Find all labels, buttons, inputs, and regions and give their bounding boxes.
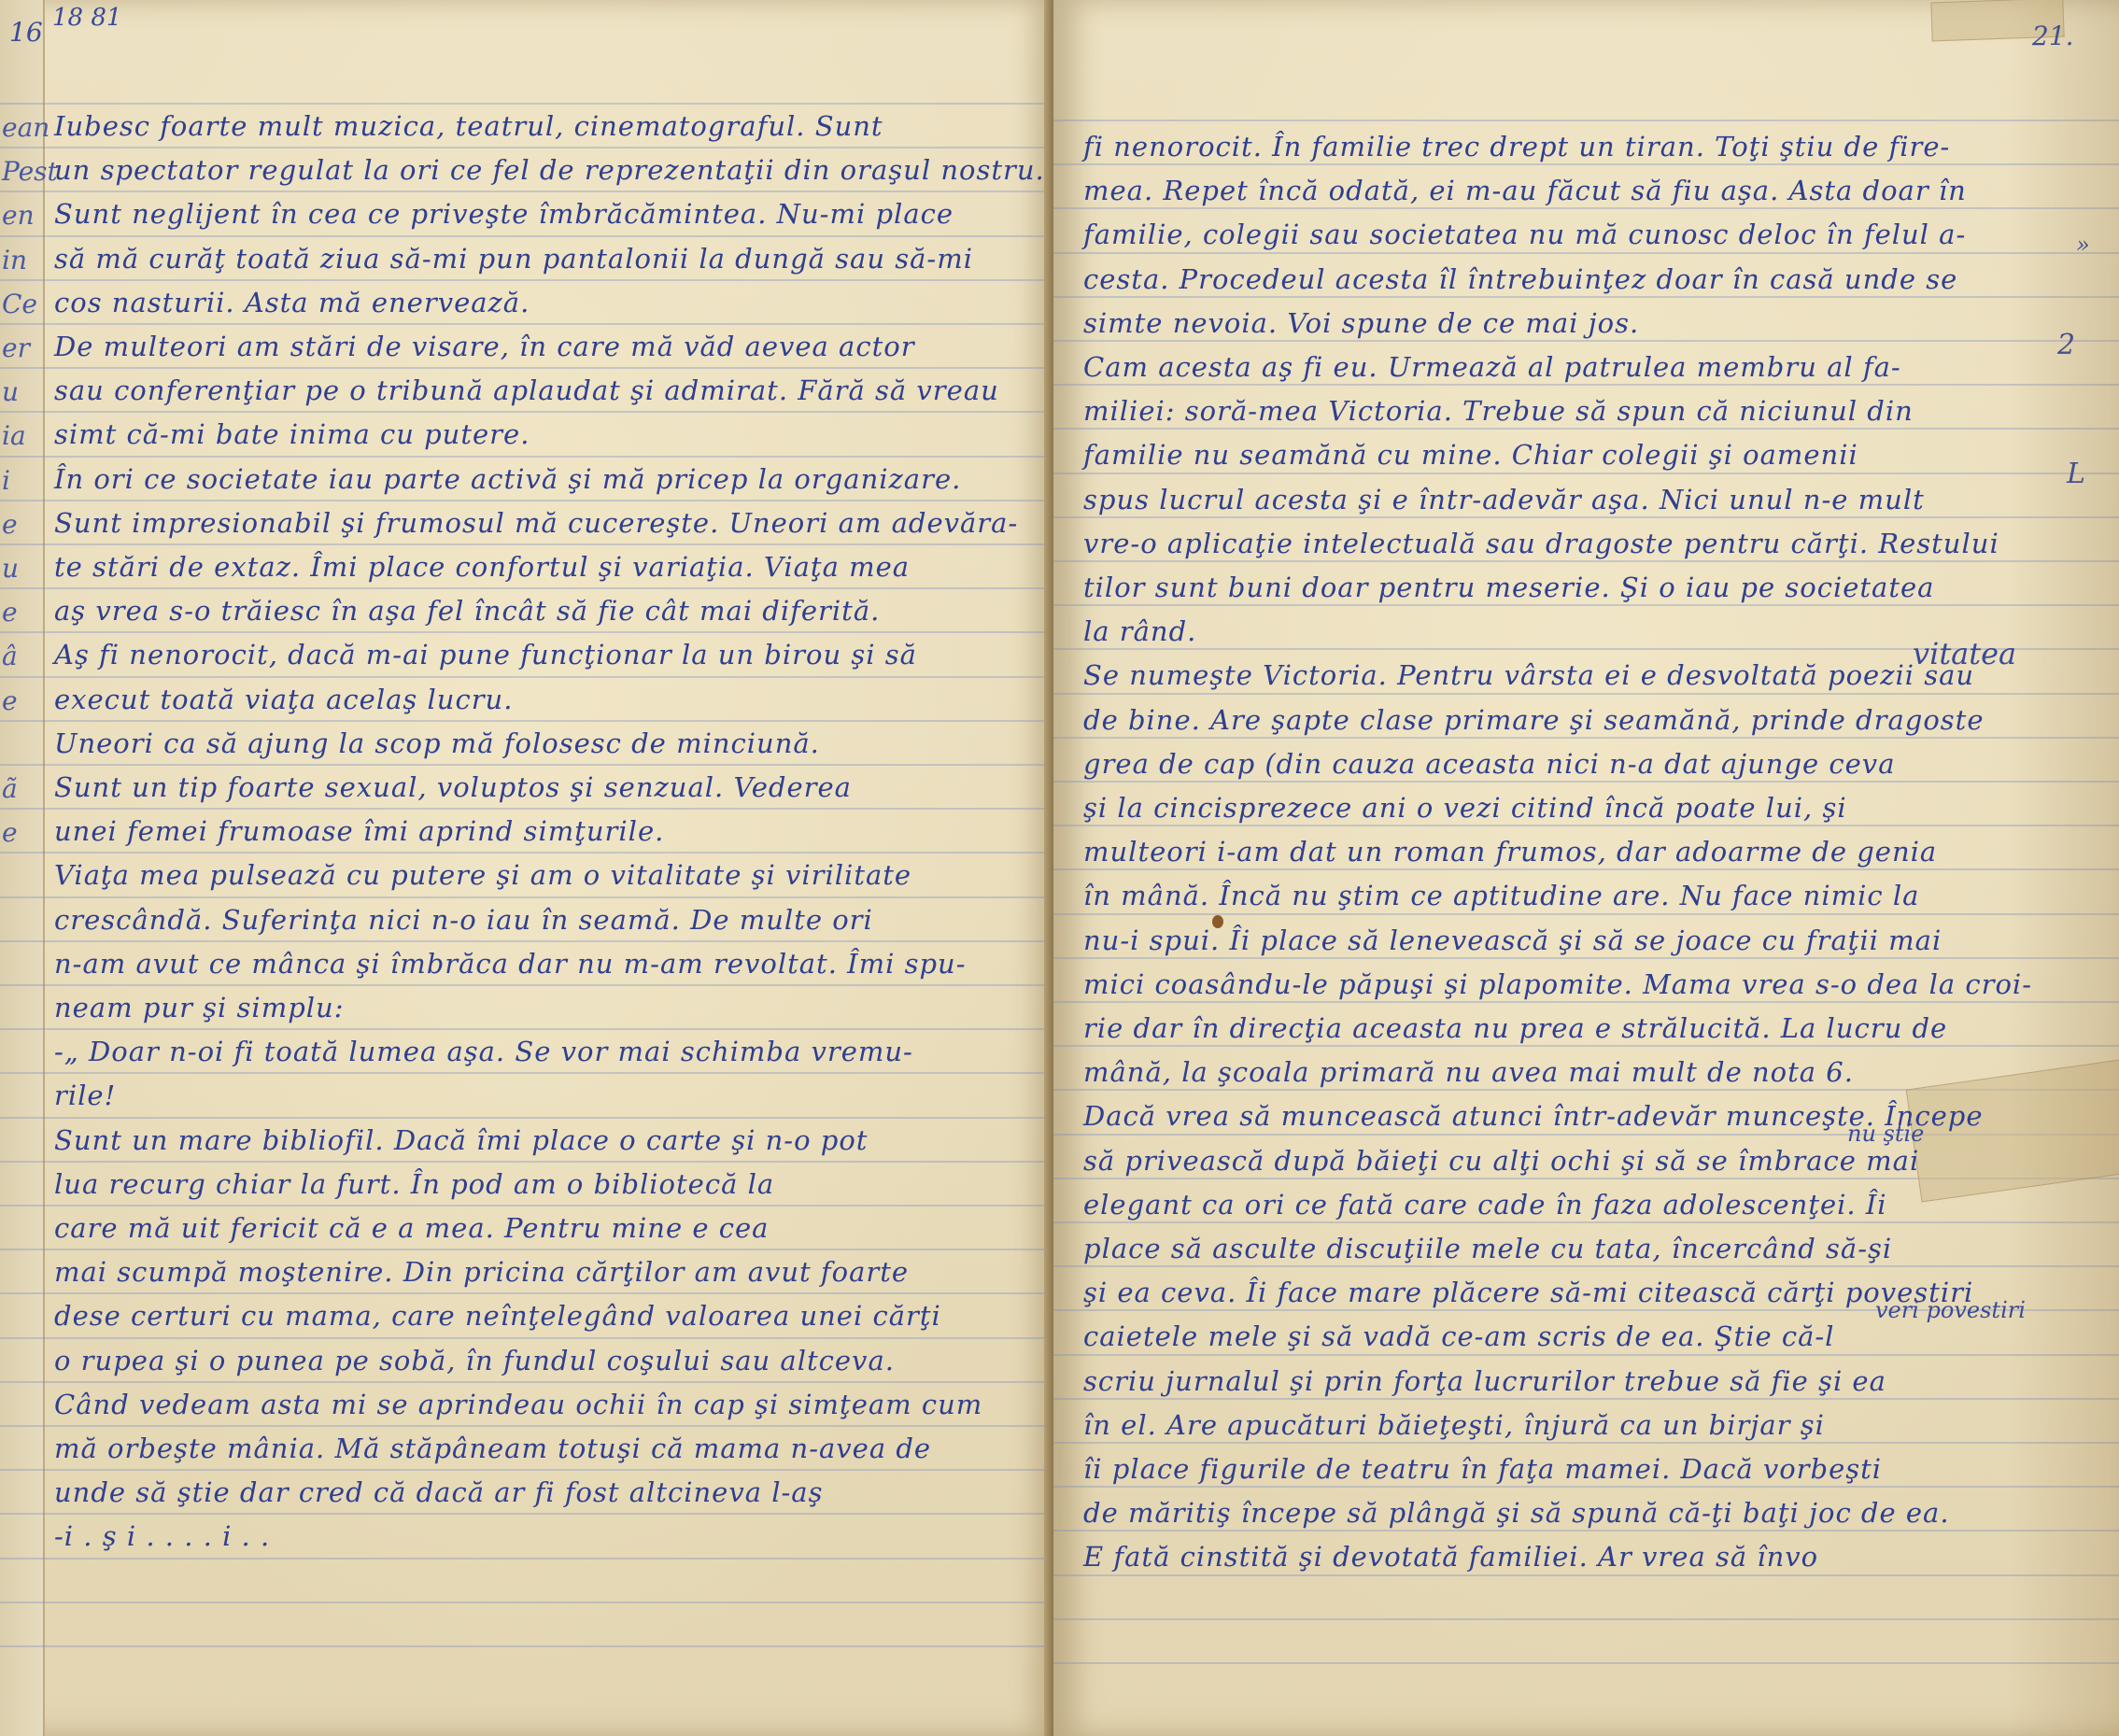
handwritten-line: cos nasturii. Asta mă enervează. <box>54 287 530 318</box>
margin-fragment: Ce <box>2 289 37 319</box>
handwritten-line: Sunt un mare bibliofil. Dacă îmi place o… <box>54 1124 868 1156</box>
ruled-line <box>0 1161 1053 1163</box>
notebook-spread: 16 18 81 eanPesteninCeeruiaieueâeãe Iube… <box>0 0 2119 1736</box>
ruled-line <box>1053 1530 2119 1531</box>
margin-fragment: u <box>2 553 19 584</box>
ruled-line <box>1053 1265 2119 1267</box>
handwritten-line: Sunt un tip foarte sexual, voluptos şi s… <box>54 771 852 803</box>
margin-fragment: e <box>2 597 18 628</box>
handwritten-line: De multeori am stări de visare, în care … <box>54 331 915 362</box>
ruled-line <box>1053 1574 2119 1576</box>
handwritten-line: Când vedeam asta mi se aprindeau ochii î… <box>54 1389 982 1420</box>
left-page: 16 18 81 eanPesteninCeeruiaieueâeãe Iube… <box>0 0 1053 1736</box>
ruled-line <box>0 323 1053 325</box>
ruled-line <box>0 1558 1053 1560</box>
ruled-line <box>0 676 1053 678</box>
margin-fragment: Pest <box>2 156 58 187</box>
ruled-line <box>1053 340 2119 342</box>
ruled-line <box>0 235 1053 237</box>
ruled-line <box>1053 1486 2119 1488</box>
handwritten-line: îi place figurile de teatru în faţa mame… <box>1083 1453 1882 1485</box>
ruled-line <box>0 1337 1053 1339</box>
ruled-line <box>0 587 1053 589</box>
ruled-line <box>0 1292 1053 1294</box>
handwritten-line: simt că-mi bate inima cu putere. <box>54 418 530 450</box>
ruled-line <box>0 279 1053 281</box>
margin-mark: 2 <box>2057 329 2075 361</box>
handwritten-line: -i . ş i . . . . i . . <box>54 1520 270 1552</box>
handwritten-line: mai scumpă moştenire. Din pricina cărţil… <box>54 1256 909 1288</box>
handwritten-line: lua recurg chiar la furt. În pod am o bi… <box>54 1168 774 1200</box>
handwritten-line: care mă uit fericit că e a mea. Pentru m… <box>54 1212 769 1244</box>
ruled-line <box>0 984 1053 986</box>
handwritten-line: multeori i-am dat un roman frumos, dar a… <box>1083 836 1937 868</box>
right-page: 21. » 2 L fi nenorocit. În familie trec … <box>1053 0 2119 1736</box>
ruled-line <box>1053 825 2119 826</box>
handwritten-line: fi nenorocit. În familie trec drept un t… <box>1083 131 1950 162</box>
ruled-line <box>1053 560 2119 562</box>
ruled-line <box>1053 957 2119 959</box>
handwritten-line: E fată cinstită şi devotată familiei. Ar… <box>1083 1541 1818 1573</box>
ruled-line <box>0 411 1053 413</box>
ruled-line <box>1053 384 2119 386</box>
handwritten-line: Sunt neglijent în cea ce priveşte îmbrăc… <box>54 198 954 230</box>
page-number-left: 16 <box>9 17 43 48</box>
handwritten-line: unei femei frumoase îmi aprind simţurile… <box>54 815 664 847</box>
ruled-line <box>0 1381 1053 1383</box>
margin-mark: L <box>2067 458 2085 490</box>
torn-edge-top <box>1930 0 2064 41</box>
ruled-line <box>1053 296 2119 298</box>
margin-fragment: er <box>2 332 30 363</box>
ruled-line <box>0 1425 1053 1427</box>
ruled-line <box>1053 1045 2119 1047</box>
handwritten-line: în el. Are apucături băieţeşti, înjură c… <box>1083 1409 1825 1441</box>
handwritten-line: rie dar în direcţia aceasta nu prea e st… <box>1083 1012 1947 1044</box>
page-number-right: 21. <box>2032 21 2074 51</box>
ruled-line <box>0 500 1053 501</box>
interlinear-note: vitatea <box>1913 636 2016 671</box>
handwritten-line: sau conferenţiar pe o tribună aplaudat ş… <box>54 374 999 406</box>
margin-fragment: e <box>2 685 18 716</box>
ruled-line <box>0 456 1053 458</box>
handwritten-line: să mă curăţ toată ziua să-mi pun pantalo… <box>54 243 973 275</box>
handwritten-line: n-am avut ce mânca şi îmbrăca dar nu m-a… <box>54 948 967 980</box>
ruled-line <box>0 1602 1053 1603</box>
handwritten-line: În ori ce societate iau parte activă şi … <box>54 463 961 495</box>
ruled-line <box>0 191 1053 192</box>
interlinear-note: veri povestiri <box>1875 1297 2026 1323</box>
handwritten-line: o rupea şi o punea pe sobă, în fundul co… <box>54 1345 895 1376</box>
handwritten-line: elegant ca ori ce fată care cade în faza… <box>1083 1189 1887 1221</box>
handwritten-line: tilor sunt buni doar pentru meserie. Şi … <box>1083 572 1934 603</box>
handwritten-line: de bine. Are şapte clase primare şi seam… <box>1083 704 1984 736</box>
ruled-line <box>0 1513 1053 1515</box>
margin-fragment: e <box>2 509 18 540</box>
handwritten-line: mă orbeşte mânia. Mă stăpâneam totuşi că… <box>54 1433 931 1464</box>
ruled-line <box>1053 1618 2119 1620</box>
ruled-line <box>1053 473 2119 474</box>
handwritten-line: aş vrea s-o trăiesc în aşa fel încât să … <box>54 595 880 627</box>
ruled-line <box>1053 1221 2119 1223</box>
handwritten-line: Uneori ca să ajung la scop mă folosesc d… <box>54 727 820 759</box>
ruled-line <box>0 631 1053 633</box>
ruled-line <box>0 367 1053 369</box>
ruled-line <box>1053 163 2119 165</box>
handwritten-line: dese certuri cu mama, care neînţelegând … <box>54 1300 941 1332</box>
ruled-line <box>0 1469 1053 1471</box>
handwritten-line: la rând. <box>1083 615 1196 647</box>
ruled-line <box>0 764 1053 766</box>
handwritten-line: Sunt impresionabil şi frumosul mă cucere… <box>54 507 1018 539</box>
handwritten-line: rile! <box>54 1080 116 1111</box>
ruled-line <box>1053 1662 2119 1664</box>
handwritten-line: grea de cap (din cauza aceasta nici n-a … <box>1083 748 1895 780</box>
ruled-line <box>1053 604 2119 606</box>
ruled-line <box>0 543 1053 545</box>
handwritten-line: cesta. Procedeul acesta îl întrebuinţez … <box>1083 263 1957 295</box>
handwritten-line: te stări de extaz. Îmi place confortul ş… <box>54 551 910 583</box>
margin-fragment: i <box>2 465 10 496</box>
ruled-line <box>0 1028 1053 1030</box>
handwritten-line: Iubesc foarte mult muzica, teatrul, cine… <box>54 110 883 142</box>
handwritten-line: vre-o aplicaţie intelectuală sau dragost… <box>1083 528 1999 559</box>
ruled-line <box>1053 120 2119 121</box>
handwritten-line: un spectator regulat la ori ce fel de re… <box>54 154 1045 186</box>
margin-fragment: e <box>2 817 18 848</box>
handwritten-line: scriu jurnalul şi prin forţa lucrurilor … <box>1083 1365 1886 1397</box>
handwritten-line: Viaţa mea pulsează cu putere şi am o vit… <box>54 859 911 891</box>
handwritten-line: şi la cincisprezece ani o vezi citind în… <box>1083 792 1847 824</box>
handwritten-line: familie nu seamănă cu mine. Chiar colegi… <box>1083 439 1858 471</box>
ruled-line <box>0 852 1053 854</box>
ruled-line <box>1053 693 2119 695</box>
ruled-line <box>1053 1442 2119 1444</box>
margin-fragment: en <box>2 200 35 231</box>
handwritten-line: în mână. Încă nu ştim ce aptitudine are.… <box>1083 880 1919 911</box>
handwritten-line: nu-i spui. Îi place să lenevească şi să … <box>1083 924 1942 956</box>
handwritten-line: -„ Doar n-oi fi toată lumea aşa. Se vor … <box>54 1036 913 1067</box>
ruled-line <box>0 1645 1053 1647</box>
ruled-line <box>0 808 1053 810</box>
ruled-line <box>1053 252 2119 254</box>
handwritten-line: neam pur şi simplu: <box>54 992 345 1023</box>
date-note: 18 81 <box>52 4 121 32</box>
ruled-line <box>1053 428 2119 430</box>
handwritten-line: miliei: soră-mea Victoria. Trebue să spu… <box>1083 395 1914 427</box>
ruled-line <box>0 1117 1053 1119</box>
handwritten-line: spus lucrul acesta şi e într-adevăr aşa.… <box>1083 484 1925 515</box>
handwritten-line: de măritiş începe să plângă şi să spună … <box>1083 1497 1950 1529</box>
margin-mark: » <box>2076 232 2090 258</box>
ruled-line <box>1053 1001 2119 1003</box>
handwritten-line: mână, la şcoala primară nu avea mai mult… <box>1083 1056 1854 1088</box>
margin-fragment: ean <box>2 112 49 143</box>
handwritten-line: şi ea ceva. Îi face mare plăcere să-mi c… <box>1083 1277 1973 1308</box>
margin-fragment: u <box>2 376 19 407</box>
ruled-line <box>1053 1354 2119 1356</box>
handwritten-line: Aş fi nenorocit, dacă m-ai pune funcţion… <box>54 639 917 670</box>
margin-fragment: â <box>2 641 18 671</box>
ruled-line <box>0 720 1053 722</box>
ruled-line <box>1053 516 2119 518</box>
handwritten-line: mici coasându-le păpuşi şi plapomite. Ma… <box>1083 968 2032 1000</box>
handwritten-line: să privească după băieţi cu alţi ochi şi… <box>1083 1145 1919 1177</box>
interlinear-note: nu ştie <box>1847 1121 1924 1147</box>
handwritten-line: simte nevoia. Voi spune de ce mai jos. <box>1083 307 1639 339</box>
ruled-line <box>1053 207 2119 209</box>
ruled-line <box>0 940 1053 942</box>
ruled-line <box>0 1249 1053 1250</box>
handwritten-line: mea. Repet încă odată, ei m-au făcut să … <box>1083 175 1967 206</box>
ruled-line <box>1053 1398 2119 1400</box>
ruled-line <box>1053 868 2119 870</box>
margin-fragment: in <box>2 245 27 275</box>
ruled-line <box>0 147 1053 148</box>
margin-fragment: ia <box>2 420 26 451</box>
handwritten-line: place să asculte discuţiile mele cu tata… <box>1083 1233 1892 1264</box>
ruled-line <box>0 1072 1053 1074</box>
ruled-line <box>0 1205 1053 1207</box>
handwritten-line: Se numeşte Victoria. Pentru vârsta ei e … <box>1083 659 1974 691</box>
ruled-line <box>1053 737 2119 739</box>
handwritten-line: caietele mele şi să vadă ce-am scris de … <box>1083 1320 1834 1352</box>
ruled-line <box>1053 913 2119 915</box>
handwritten-line: Cam acesta aş fi eu. Urmează al patrulea… <box>1083 351 1901 383</box>
handwritten-line: execut toată viaţa acelaş lucru. <box>54 684 513 715</box>
handwritten-line: familie, colegii sau societatea nu mă cu… <box>1083 219 1966 250</box>
ruled-line <box>0 103 1053 105</box>
ruled-line <box>0 896 1053 898</box>
margin-fragment: ã <box>2 773 18 804</box>
handwritten-line: unde să ştie dar cred că dacă ar fi fost… <box>54 1476 823 1508</box>
handwritten-line: crescândă. Suferinţa nici n-o iau în sea… <box>54 904 873 936</box>
ruled-line <box>1053 781 2119 783</box>
